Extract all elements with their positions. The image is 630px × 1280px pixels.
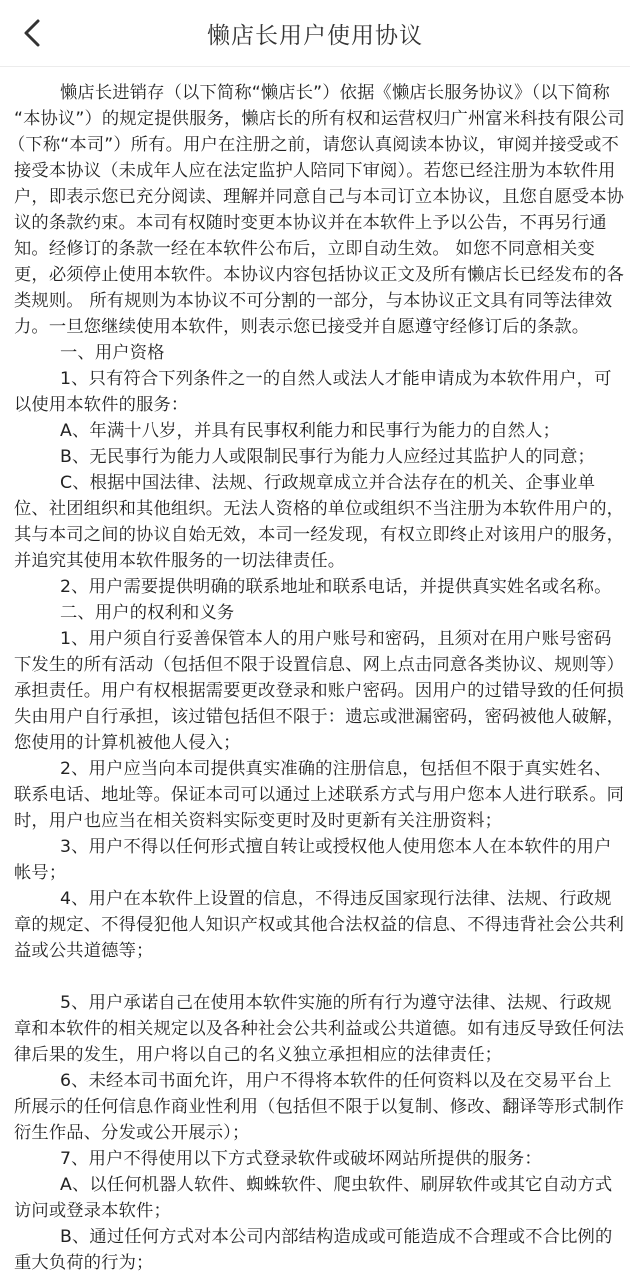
agreement-text-line: 5、用户承诺自己在使用本软件实施的所有行为遵守法律、法规、行政规 (0, 990, 630, 1016)
agreement-text-line: B、无民事行为能力人或限制民事行为能力人应经过其监护人的同意； (0, 444, 630, 470)
agreement-text-line: 2、用户应当向本司提供真实准确的注册信息，包括但不限于真实姓名、 (0, 756, 630, 782)
agreement-text-line: A、以任何机器人软件、蜘蛛软件、爬虫软件、刷屏软件或其它自动方式 (0, 1172, 630, 1198)
agreement-text-line: 衍生作品、分发或公开展示）； (0, 1120, 630, 1146)
agreement-text-line: 以使用本软件的服务： (0, 392, 630, 418)
agreement-text-line: 失由用户自行承担，该过错包括但不限于：遗忘或泄漏密码，密码被他人破解， (0, 704, 630, 730)
agreement-text-line: “本协议”）的规定提供服务，懒店长的所有权和运营权归广州富米科技有限公司 (0, 106, 630, 132)
agreement-text-line: 一、用户资格 (0, 340, 630, 366)
agreement-text-line: 议的条款约束。本司有权随时变更本协议并在本软件上予以公告，不再另行通 (0, 210, 630, 236)
page-title: 懒店长用户使用协议 (0, 17, 630, 50)
blank-line (0, 964, 630, 990)
agreement-text-line: （下称“本司”）所有。用户在注册之前，请您认真阅读本协议，审阅并接受或不 (0, 132, 630, 158)
agreement-text-line: 1、用户须自行妥善保管本人的用户账号和密码，且须对在用户账号密码 (0, 626, 630, 652)
agreement-text-line: 章的规定、不得侵犯他人知识产权或其他合法权益的信息、不得违背社会公共利 (0, 912, 630, 938)
agreement-text-line: 访问或登录本软件； (0, 1198, 630, 1224)
navigation-bar: 懒店长用户使用协议 (0, 0, 630, 67)
agreement-text-line: 您使用的计算机被他人侵入； (0, 730, 630, 756)
agreement-text-line: 更，必须停止使用本软件。本协议内容包括协议正文及所有懒店长已经发布的各 (0, 262, 630, 288)
agreement-text-line: A、年满十八岁，并具有民事权利能力和民事行为能力的自然人； (0, 418, 630, 444)
agreement-text-line: 承担责任。用户有权根据需要更改登录和账户密码。因用户的过错导致的任何损 (0, 678, 630, 704)
agreement-text-line: 1、只有符合下列条件之一的自然人或法人才能申请成为本软件用户，可 (0, 366, 630, 392)
agreement-text-line: 类规则。 所有规则为本协议不可分割的一部分，与本协议正文具有同等法律效 (0, 288, 630, 314)
agreement-text-line: C、根据中国法律、法规、行政规章成立并合法存在的机关、企事业单 (0, 470, 630, 496)
agreement-text-line: 2、用户需要提供明确的联系地址和联系电话，并提供真实姓名或名称。 (0, 574, 630, 600)
agreement-text-line: 户，即表示您已充分阅读、理解并同意自己与本司订立本协议，且您自愿受本协 (0, 184, 630, 210)
agreement-text-line: 位、社团组织和其他组织。无法人资格的单位或组织不当注册为本软件用户的， (0, 496, 630, 522)
agreement-text-line: 律后果的发生，用户将以自己的名义独立承担相应的法律责任； (0, 1042, 630, 1068)
agreement-text-line: 所展示的任何信息作商业性利用（包括但不限于以复制、修改、翻译等形式制作 (0, 1094, 630, 1120)
agreement-text-line: 联系电话、地址等。保证本司可以通过上述联系方式与用户您本人进行联系。同 (0, 782, 630, 808)
agreement-text-line: 并追究其使用本软件服务的一切法律责任。 (0, 548, 630, 574)
agreement-text-line: 6、未经本司书面允许，用户不得将本软件的任何资料以及在交易平台上 (0, 1068, 630, 1094)
agreement-text-line: 4、用户在本软件上设置的信息，不得违反国家现行法律、法规、行政规 (0, 886, 630, 912)
agreement-text-line: 7、用户不得使用以下方式登录软件或破坏网站所提供的服务： (0, 1146, 630, 1172)
agreement-text-line: 帐号； (0, 860, 630, 886)
agreement-text-line: 重大负荷的行为； (0, 1250, 630, 1276)
agreement-text-line: 下发生的所有活动（包括但不限于设置信息、网上点击同意各类协议、规则等） (0, 652, 630, 678)
agreement-content: 懒店长进销存（以下简称“懒店长”）依据《懒店长服务协议》（以下简称“本协议”）的… (0, 80, 630, 1276)
agreement-text-line: 其与本司之间的协议自始无效，本司一经发现，有权立即终止对该用户的服务， (0, 522, 630, 548)
agreement-text-line: B、通过任何方式对本公司内部结构造成或可能造成不合理或不合比例的 (0, 1224, 630, 1250)
agreement-text-line: 章和本软件的相关规定以及各种社会公共利益或公共道德。如有违反导致任何法 (0, 1016, 630, 1042)
agreement-text-line: 懒店长进销存（以下简称“懒店长”）依据《懒店长服务协议》（以下简称 (0, 80, 630, 106)
agreement-text-line: 时，用户也应当在相关资料实际变更时及时更新有关注册资料； (0, 808, 630, 834)
agreement-text-line: 二、用户的权利和义务 (0, 600, 630, 626)
agreement-text-line: 益或公共道德等； (0, 938, 630, 964)
agreement-text-line: 接受本协议（未成年人应在法定监护人陪同下审阅）。若您已经注册为本软件用 (0, 158, 630, 184)
agreement-text-line: 力。一旦您继续使用本软件，则表示您已接受并自愿遵守经修订后的条款。 (0, 314, 630, 340)
agreement-text-line: 3、用户不得以任何形式擅自转让或授权他人使用您本人在本软件的用户 (0, 834, 630, 860)
agreement-text-line: 知。经修订的条款一经在本软件公布后，立即自动生效。 如您不同意相关变 (0, 236, 630, 262)
